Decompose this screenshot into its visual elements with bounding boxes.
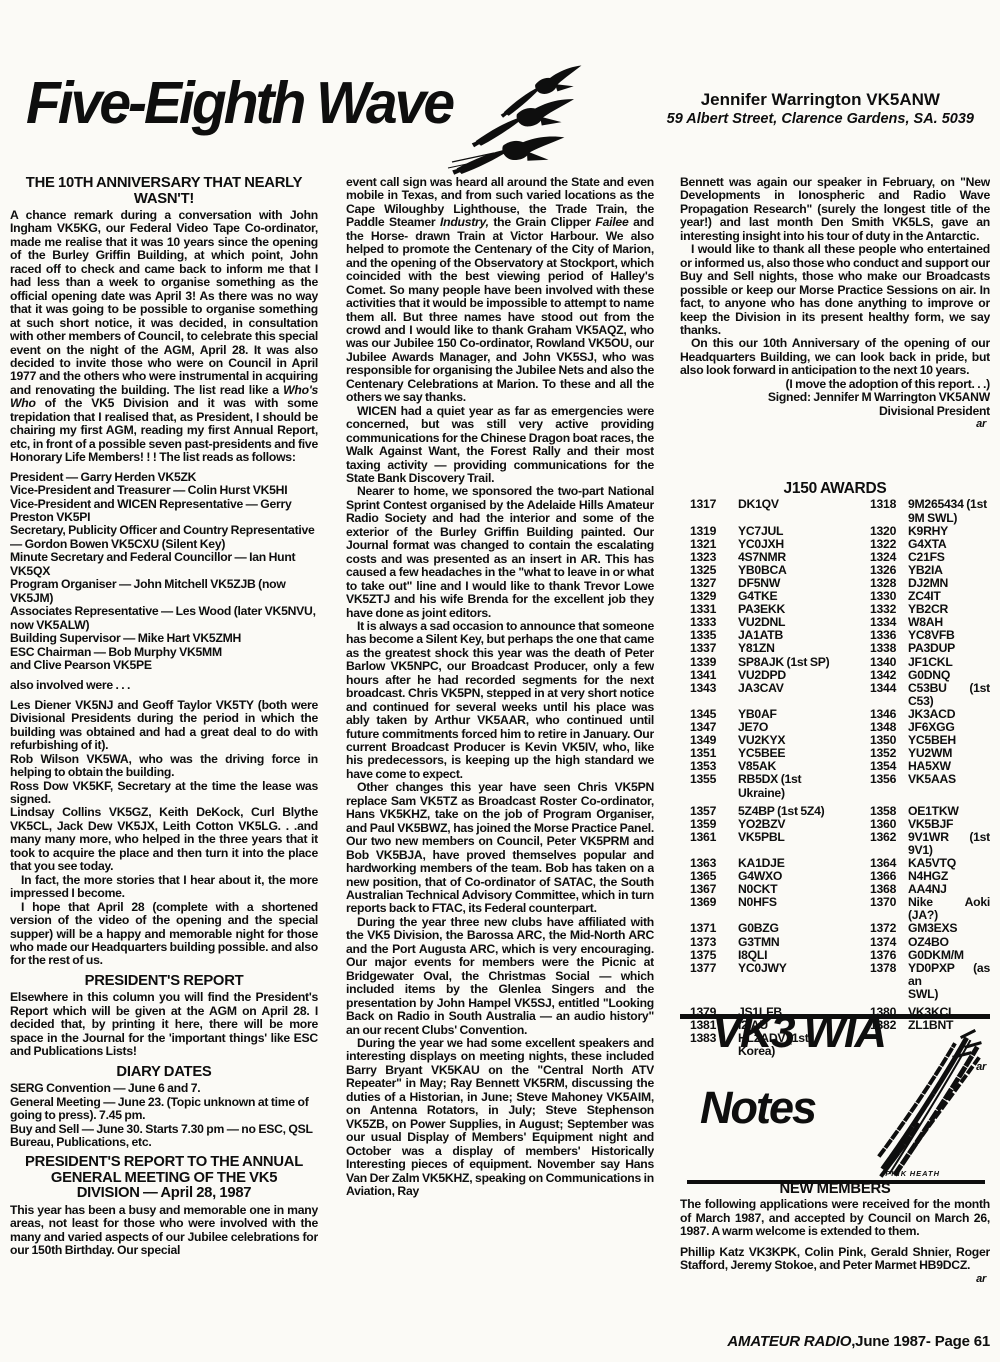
award-number: 1357 (680, 805, 738, 818)
award-number: 1359 (680, 818, 738, 831)
award-row: 13234S7NMR1324C21FS (680, 551, 990, 564)
vk3-notes-box: VK3 WIA Notes PINK HEATH (680, 1014, 990, 1201)
award-number: 1378 (870, 962, 908, 1001)
report-paragraphs: Bennett was again our speaker in Februar… (680, 176, 990, 378)
awards-title: J150 AWARDS (680, 482, 990, 495)
editor-block: Jennifer Warrington VK5ANW 59 Albert Str… (667, 90, 974, 127)
editor-address: 59 Albert Street, Clarence Gardens, SA. … (667, 111, 974, 127)
pink-heath-sketch-icon (874, 1029, 986, 1179)
paragraph: During the year three new clubs have aff… (346, 916, 654, 1037)
award-callsign: Nike Aoki (JA?) (908, 896, 990, 922)
award-callsign: Y81ZN (738, 642, 870, 655)
text-segment: the Grain Clipper (489, 215, 596, 229)
award-number: 1377 (680, 962, 738, 1001)
award-row: 1375I8QLI1376G0DKM/M (680, 949, 990, 962)
paragraph: A chance remark during a conversation wi… (10, 209, 318, 465)
award-callsign: VK5AAS (908, 773, 990, 799)
masthead-title: Five-Eighth Wave (26, 69, 452, 138)
award-number: 1358 (870, 805, 908, 818)
officer-item: Minute Secretary and Federal Councillor … (10, 551, 318, 578)
paragraph: On this our 10th Anniversary of the open… (680, 337, 990, 377)
officer-item: Vice-President and WICEN Representative … (10, 498, 318, 525)
award-number: 1318 (870, 498, 908, 524)
award-callsign: VU2DPD (738, 669, 870, 682)
paragraph: event call sign was heard all around the… (346, 176, 654, 405)
paragraph: WICEN had a quiet year as far as emergen… (346, 405, 654, 486)
award-number: 1338 (870, 642, 908, 655)
text-segment: Industry, (440, 215, 489, 229)
right-column: Bennett was again our speaker in Februar… (680, 176, 990, 1362)
award-number: 1371 (680, 922, 738, 935)
award-number: 1321 (680, 538, 738, 551)
award-row: 1359YO2BZV1360VK5BJF (680, 818, 990, 831)
award-callsign: OZ4BO (908, 936, 990, 949)
new-members-heading: NEW MEMBERS (680, 1183, 990, 1196)
page-footer: AMATEUR RADIO,June 1987- Page 61 (727, 1333, 990, 1350)
award-number: 1322 (870, 538, 908, 551)
award-number: 1355 (680, 773, 738, 799)
award-number: 1317 (680, 498, 738, 524)
award-number: 1340 (870, 656, 908, 669)
contributors-paragraphs: Les Diener VK5NJ and Geoff Taylor VK5TY … (10, 699, 318, 968)
paragraph: Phillip Katz VK3KPK, Colin Pink, Gerald … (680, 1246, 990, 1273)
paragraph: Ross Dow VK5KF, Secretary at the time th… (10, 780, 318, 807)
paragraph: Bennett was again our speaker in Februar… (680, 176, 990, 243)
officer-item: President — Garry Herden VK5ZK (10, 471, 318, 484)
paragraph: Other changes this year have seen Chris … (346, 781, 654, 916)
report-title-line: Divisional President (680, 405, 990, 418)
text-segment: AMATEUR RADIO (727, 1333, 851, 1350)
award-number: 1341 (680, 669, 738, 682)
award-row: 1319YC7JUL1320K9RHY (680, 525, 990, 538)
award-number: 1361 (680, 831, 738, 857)
award-callsign: PA3DUP (908, 642, 990, 655)
officer-item: Building Supervisor — Mike Hart VK5ZMH (10, 632, 318, 645)
diary-item: Buy and Sell — June 30. Starts 7.30 pm —… (10, 1123, 318, 1150)
award-callsign: C53BU (1st C53) (908, 682, 990, 708)
award-callsign: G3TMN (738, 936, 870, 949)
award-callsign: DK1QV (738, 498, 870, 524)
paragraph: The following applications were received… (680, 1198, 990, 1238)
paragraph: During the year we had some excellent sp… (346, 1037, 654, 1198)
award-callsign: JA3CAV (738, 682, 870, 708)
award-number: 1360 (870, 818, 908, 831)
text-segment: ,June 1987- (851, 1333, 934, 1350)
award-row: 1369N0HFS1370Nike Aoki (JA?) (680, 896, 990, 922)
paragraph: Lindsay Collins VK5GZ, Keith DeKock, Cur… (10, 806, 318, 873)
award-callsign: VK5BJF (908, 818, 990, 831)
paragraph: Les Diener VK5NJ and Geoff Taylor VK5TY … (10, 699, 318, 753)
left-column: THE 10TH ANNIVERSARY THAT NEARLY WASN'T!… (10, 176, 318, 1336)
award-row: 1371G0BZG1372GM3EXS (680, 922, 990, 935)
award-row: 1355RB5DX (1st Ukraine)1356VK5AAS (680, 773, 990, 799)
award-number: 1320 (870, 525, 908, 538)
award-row: 1361VK5PBL13629V1WR (1st 9V1) (680, 831, 990, 857)
award-number: 1324 (870, 551, 908, 564)
award-callsign: I8QLI (738, 949, 870, 962)
award-number: 1362 (870, 831, 908, 857)
middle-column: event call sign was heard all around the… (346, 176, 654, 1336)
award-number: 1356 (870, 773, 908, 799)
award-number: 1370 (870, 896, 908, 922)
agm-report-heading: PRESIDENT'S REPORT TO THE ANNUAL GENERAL… (10, 1155, 318, 1202)
officers-list: President — Garry Herden VK5ZKVice-Presi… (10, 471, 318, 673)
paragraph: It is always a sad occasion to announce … (346, 620, 654, 781)
officer-item: and Clive Pearson VK5PE (10, 659, 318, 672)
award-number: 1372 (870, 922, 908, 935)
award-row: 1377YC0JWY1378YD0PXP (as an SWL) (680, 962, 990, 1001)
award-number: 1373 (680, 936, 738, 949)
awards-table: 1317DK1QV13189M265434 (1st 9M SWL)1319YC… (680, 498, 990, 1058)
j150-awards-section: J150 AWARDS 1317DK1QV13189M265434 (1st 9… (680, 482, 990, 1075)
right-column-text: Bennett was again our speaker in Februar… (680, 176, 990, 432)
text-segment: of the VK5 Division and it was with some… (10, 396, 318, 464)
award-callsign: YC7JUL (738, 525, 870, 538)
award-callsign: YC0JXH (738, 538, 870, 551)
new-members-section: NEW MEMBERS The following applications w… (680, 1183, 990, 1286)
diary-dates-heading: DIARY DATES (10, 1065, 318, 1081)
editor-name: Jennifer Warrington VK5ANW (667, 90, 974, 110)
award-number: 1344 (870, 682, 908, 708)
award-number: 1323 (680, 551, 738, 564)
end-mark: ar (680, 418, 990, 431)
award-callsign: C21FS (908, 551, 990, 564)
paragraph: Nearer to home, we sponsored the two-par… (346, 485, 654, 620)
text-segment: and the Horse- drawn Train at Victor Har… (346, 215, 654, 404)
diary-item: General Meeting — June 23. (Topic unknow… (10, 1096, 318, 1123)
officer-item: Program Organiser — John Mitchell VK5ZJB… (10, 578, 318, 605)
report-motion-line: (I move the adoption of this report. . .… (680, 378, 990, 391)
officer-item: ESC Chairman — Bob Murphy VK5MM (10, 646, 318, 659)
award-row: 1341VU2DPD1342G0DNQ (680, 669, 990, 682)
award-callsign: 5Z4BP (1st 5Z4) (738, 805, 870, 818)
end-mark: ar (680, 1273, 990, 1286)
award-callsign: G0DNQ (908, 669, 990, 682)
paragraph: I hope that April 28 (complete with a sh… (10, 901, 318, 968)
award-number: 1369 (680, 896, 738, 922)
award-number: 1342 (870, 669, 908, 682)
award-callsign: SP8AJK (1st SP) (738, 656, 870, 669)
award-callsign: YD0PXP (as an SWL) (908, 962, 990, 1001)
award-row: 1337Y81ZN1338PA3DUP (680, 642, 990, 655)
report-paragraphs: event call sign was heard all around the… (346, 176, 654, 1198)
report-signed-line: Signed: Jennifer M Warrington VK5ANW (680, 391, 990, 404)
award-row: 1321YC0JXH1322G4XTA (680, 538, 990, 551)
award-callsign: VK5PBL (738, 831, 870, 857)
award-row: 1317DK1QV13189M265434 (1st 9M SWL) (680, 498, 990, 524)
award-row: 1373G3TMN1374OZ4BO (680, 936, 990, 949)
award-row: 1339SP8AJK (1st SP)1340JF1CKL (680, 656, 990, 669)
award-number: 1376 (870, 949, 908, 962)
award-callsign: K9RHY (908, 525, 990, 538)
award-number: 1375 (680, 949, 738, 962)
award-number: 1374 (870, 936, 908, 949)
presidents-report-heading: PRESIDENT'S REPORT (10, 974, 318, 990)
award-number: 1343 (680, 682, 738, 708)
article-heading-anniversary: THE 10TH ANNIVERSARY THAT NEARLY WASN'T! (10, 176, 318, 207)
award-callsign: 4S7NMR (738, 551, 870, 564)
award-callsign: G0BZG (738, 922, 870, 935)
officer-item: Secretary, Publicity Officer and Country… (10, 524, 318, 551)
text-segment: Failee (595, 215, 628, 229)
award-row: 1343JA3CAV1344C53BU (1st C53) (680, 682, 990, 708)
award-number: 1337 (680, 642, 738, 655)
award-number: 1339 (680, 656, 738, 669)
diary-list: SERG Convention — June 6 and 7.General M… (10, 1082, 318, 1149)
award-callsign: RB5DX (1st Ukraine) (738, 773, 870, 799)
diary-item: SERG Convention — June 6 and 7. (10, 1082, 318, 1095)
award-callsign: OE1TKW (908, 805, 990, 818)
vk3-title-line1: VK3 WIA (712, 1025, 885, 1038)
award-callsign: 9V1WR (1st 9V1) (908, 831, 990, 857)
paragraph: This year has been a busy and memorable … (10, 1204, 318, 1258)
award-callsign: YC0JWY (738, 962, 870, 1001)
award-row: 1331PA3EKK1332YB2CR (680, 603, 990, 616)
vk3-title-line2: Notes (700, 1101, 815, 1114)
officer-item: Associates Representative — Les Wood (la… (10, 605, 318, 632)
paragraph: Elsewhere in this column you will find t… (10, 991, 318, 1058)
flying-birds-logo-icon (438, 58, 603, 183)
award-callsign: YO2BZV (738, 818, 870, 831)
officer-item: Vice-President and Treasurer — Colin Hur… (10, 484, 318, 497)
award-callsign: G0DKM/M (908, 949, 990, 962)
award-number: 1319 (680, 525, 738, 538)
award-callsign: N0HFS (738, 896, 870, 922)
also-involved-note: also involved were . . . (10, 679, 318, 692)
award-callsign: G4XTA (908, 538, 990, 551)
magazine-page: Five-Eighth Wave Jennifer Warrington VK5… (0, 0, 1000, 1362)
paragraph: In fact, the more stories that I hear ab… (10, 874, 318, 901)
award-callsign: JF1CKL (908, 656, 990, 669)
artist-signature: PINK HEATH (885, 1167, 940, 1180)
paragraph: Rob Wilson VK5WA, who was the driving fo… (10, 753, 318, 780)
text-segment: A chance remark during a conversation wi… (10, 208, 318, 397)
paragraph: I would like to thank all these people w… (680, 243, 990, 337)
award-row: 13575Z4BP (1st 5Z4)1358OE1TKW (680, 805, 990, 818)
award-row: 1327DF5NW1328DJ2MN (680, 577, 990, 590)
award-callsign: 9M265434 (1st 9M SWL) (908, 498, 990, 524)
award-callsign: GM3EXS (908, 922, 990, 935)
text-segment: Page 61 (935, 1333, 990, 1350)
